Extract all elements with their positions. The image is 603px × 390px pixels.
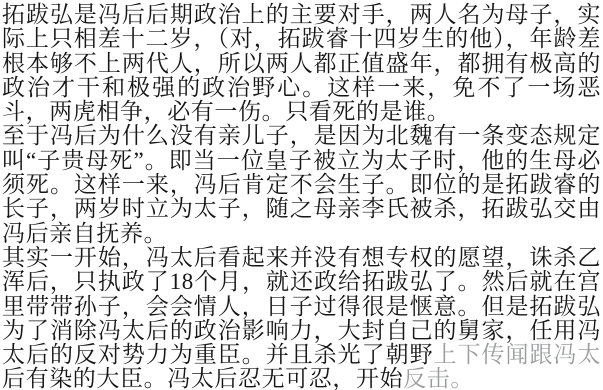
text-segment-faded: 上下传闻跟冯太 [434,342,601,367]
document-page: 拓跋弘是冯后后期政治上的主要对手，两人名为母子，实际上只相差十二岁，（对，拓跋睿… [0,0,603,390]
paragraph: 其实一开始，冯太后看起来并没有想专权的愿望，诛杀乙浑后，只执政了18个月，就还政… [2,246,601,390]
text-segment-faded: 反击。 [403,366,474,390]
text-segment: 拓跋弘是冯后后期政治上的主要对手，两人名为母子，实际上只相差十二岁，（对，拓跋睿… [2,2,601,124]
text-segment: 至于冯后为什么没有亲儿子，是因为北魏有一条变态规定叫“子贵母死”。即当一位皇子被… [2,123,601,245]
text-segment: 后有染的大臣。冯太后忍无可忍，开始 [2,366,403,390]
paragraph: 拓跋弘是冯后后期政治上的主要对手，两人名为母子，实际上只相差十二岁，（对，拓跋睿… [2,3,601,124]
paragraph: 至于冯后为什么没有亲儿子，是因为北魏有一条变态规定叫“子贵母死”。即当一位皇子被… [2,124,601,245]
